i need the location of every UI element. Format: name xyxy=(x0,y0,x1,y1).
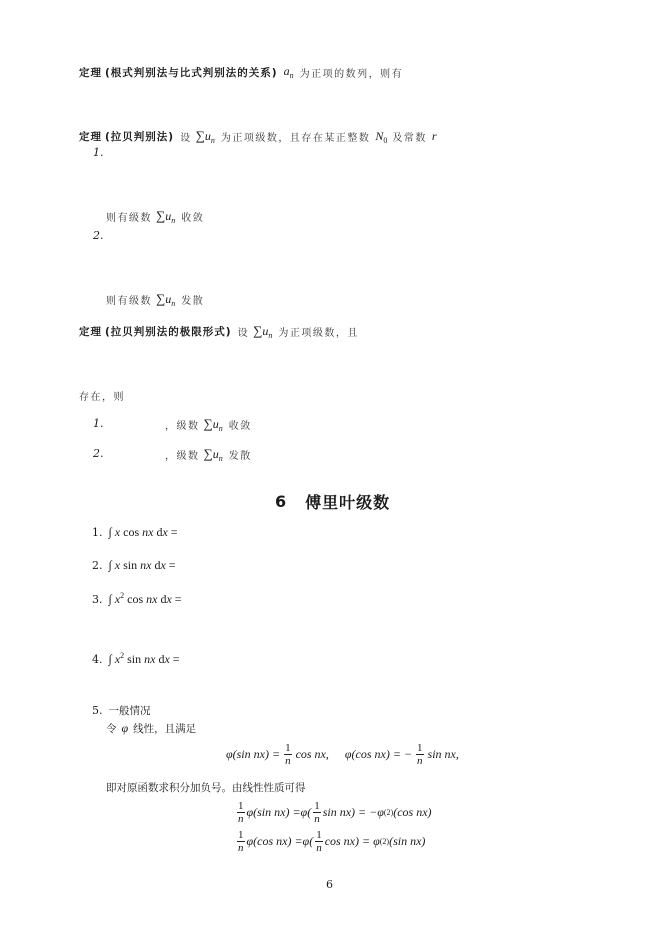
theorem-label: 定理 xyxy=(79,129,102,144)
derivation-line-2: 1n φ(cos nx) =φ( 1n cos nx) = φ(2)(sin n… xyxy=(237,829,425,854)
list-number: 2. xyxy=(93,447,104,460)
r-symbol: r xyxy=(432,129,437,144)
general-case-heading: 5. 一般情况 xyxy=(92,703,151,718)
theorem-root-ratio: 定理 (根式判别法与比式判别法的关系) an 为正项的数列，则有 xyxy=(79,64,403,80)
raabe-conclusion-2: 则有级数 ∑un 发散 xyxy=(106,291,204,308)
sum-expression: ∑un xyxy=(156,208,175,225)
theorem-raabe-limit: 定理 (拉贝判别法的极限形式) 设 ∑un 为正项级数，且 xyxy=(79,323,359,340)
general-case-let: 令 φ 线性，且满足 xyxy=(106,721,196,736)
integral-item-4: 4. ∫ x2 sin nx dx = xyxy=(92,651,180,667)
theorem-label: 定理 xyxy=(79,65,102,80)
section-number: 6 xyxy=(275,492,287,511)
section-title: 傅里叶级数 xyxy=(305,490,390,513)
raabe-conclusion-1: 则有级数 ∑un 收敛 xyxy=(106,208,204,225)
sum-expression: ∑un xyxy=(156,291,175,308)
theorem-raabe: 定理 (拉贝判别法) 设 ∑un 为正项级数，且存在某正整数 N0 及常数 r xyxy=(79,128,437,145)
theorem-title: (拉贝判别法) xyxy=(105,129,174,144)
sum-expression: ∑un xyxy=(204,416,223,433)
theorem-text-2: 及常数 xyxy=(392,129,427,144)
sum-expression: ∑un xyxy=(204,446,223,463)
sum-expression: ∑un xyxy=(253,323,272,340)
theorem-math: an xyxy=(284,64,294,80)
list-number: 1. xyxy=(93,417,104,430)
sum-expression: ∑un xyxy=(196,128,215,145)
n0-symbol: N0 xyxy=(375,129,387,145)
theorem-title: (根式判别法与比式判别法的关系) xyxy=(105,65,278,80)
explanation-text: 即对原函数求积分加负号。由线性性质可得 xyxy=(106,780,306,795)
list-number: 2. xyxy=(93,229,104,242)
integral-item-2: 2. ∫ x sin nx dx = xyxy=(92,558,176,573)
section-heading: 6 傅里叶级数 xyxy=(275,490,390,513)
theorem-prefix: 设 xyxy=(238,324,250,339)
list-number: 1. xyxy=(93,146,104,159)
equation-phi-definition: φ(sin nx) = 1n cos nx, φ(cos nx) = − 1n … xyxy=(226,742,459,767)
integral-item-3: 3. ∫ x2 cos nx dx = xyxy=(92,591,182,607)
derivation-line-1: 1n φ(sin nx) =φ( 1n sin nx) = −φ(2)(cos … xyxy=(237,800,432,825)
theorem-text: 为正项级数，且存在某正整数 xyxy=(221,129,371,144)
page-number: 6 xyxy=(326,878,333,891)
theorem-label: 定理 xyxy=(79,324,102,339)
integral-item-1: 1. ∫ x cos nx dx = xyxy=(92,525,178,540)
raabe-limit-item-1: ，级数 ∑un 收敛 xyxy=(165,416,252,433)
raabe-limit-item-2: ，级数 ∑un 发散 xyxy=(165,446,252,463)
theorem-title: (拉贝判别法的极限形式) xyxy=(105,324,232,339)
theorem-text: 为正项的数列，则有 xyxy=(300,65,404,80)
theorem-text: 为正项级数，且 xyxy=(278,324,359,339)
theorem-prefix: 设 xyxy=(180,129,192,144)
exists-text: 存在，则 xyxy=(79,388,125,403)
